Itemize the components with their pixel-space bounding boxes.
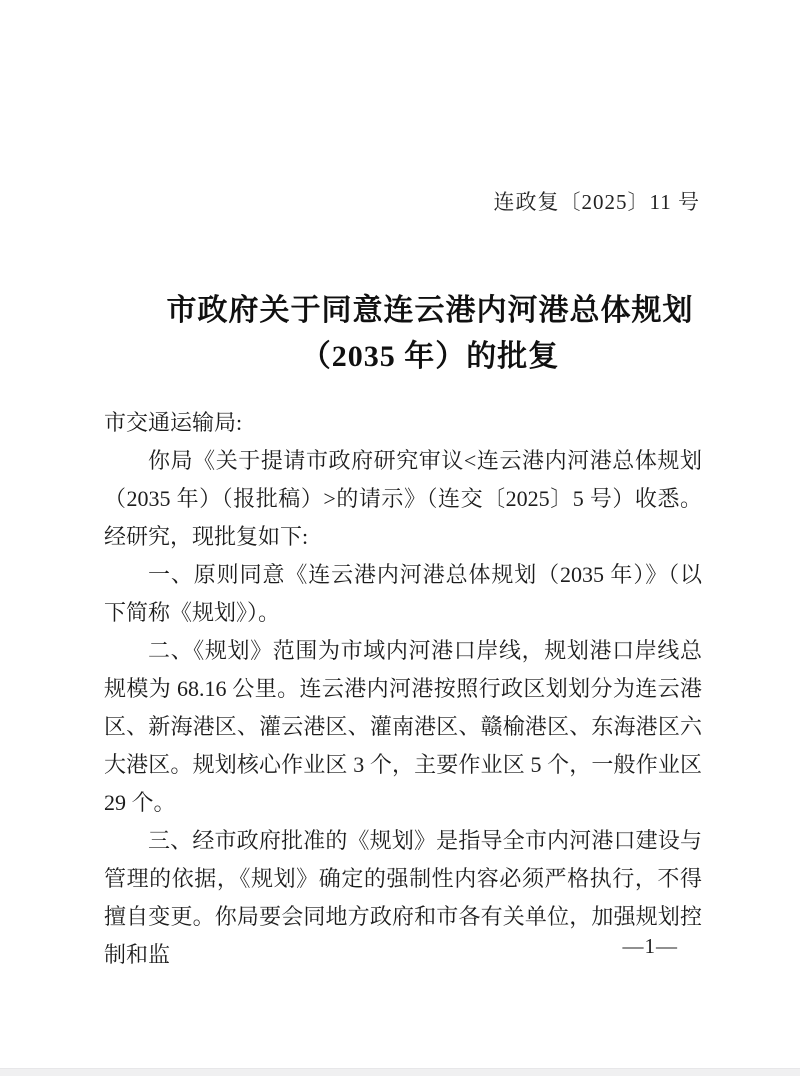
paragraph-item-3: 三、经市政府批准的《规划》是指导全市内河港口建设与管理的依据，《规划》确定的强制… — [104, 822, 702, 974]
salutation: 市交通运输局: — [104, 404, 702, 442]
document-title-line2: （2035 年）的批复 — [60, 334, 800, 380]
page-bottom-edge — [0, 1068, 800, 1076]
document-body: 市交通运输局: 你局《关于提请市政府研究审议<连云港内河港总体规划（2035 年… — [104, 404, 702, 974]
paragraph-item-2: 二、《规划》范围为市域内河港口岸线，规划港口岸线总规模为 68.16 公里。连云… — [104, 632, 702, 822]
document-title: 市政府关于同意连云港内河港总体规划 （2035 年）的批复 — [60, 288, 800, 380]
document-reference-number: 连政复〔2025〕11 号 — [0, 186, 700, 216]
paragraph-intro: 你局《关于提请市政府研究审议<连云港内河港总体规划（2035 年）（报批稿）>的… — [104, 442, 702, 556]
paragraph-item-1: 一、原则同意《连云港内河港总体规划（2035 年）》（以下简称《规划》）。 — [104, 556, 702, 632]
page-number: —1— — [623, 934, 679, 959]
document-title-line1: 市政府关于同意连云港内河港总体规划 — [60, 288, 800, 334]
document-page: 连政复〔2025〕11 号 市政府关于同意连云港内河港总体规划 （2035 年）… — [0, 0, 800, 1076]
